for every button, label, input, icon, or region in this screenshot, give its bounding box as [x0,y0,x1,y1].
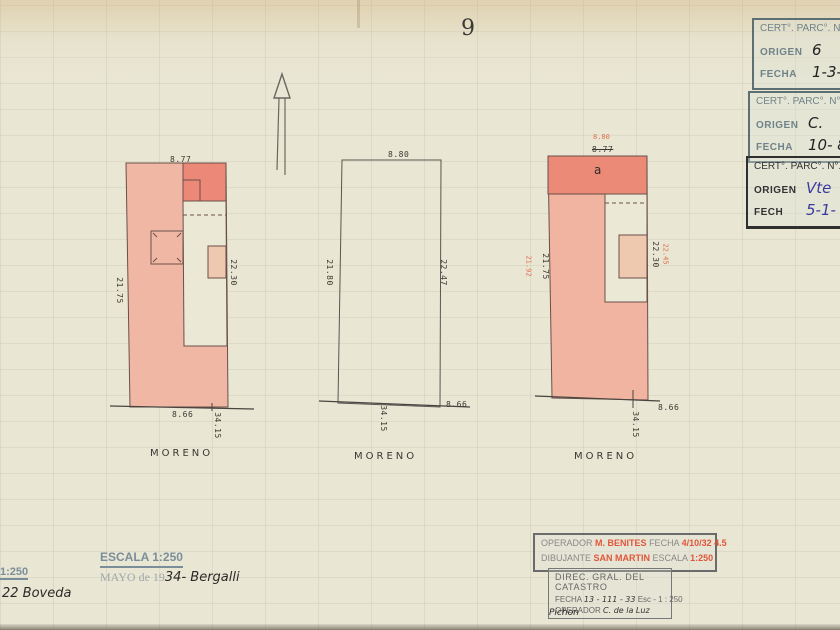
plot-3-bottom-dim: 8.66 [658,403,679,412]
date-hand: 34- Bergalli [165,570,240,585]
operator-stamp: OPERADOR M. BENITES FECHA 4/10/32 4.5 DI… [533,533,717,572]
cert-stamp-2: CERT°. PARC°. N°. ORIGENC. FECHA10- 8 [748,91,840,163]
origen-label: ORIGEN [760,47,804,58]
catastro-operador: C. de la Luz [603,606,650,615]
plot-1-left-dim: 21.75 [115,277,124,304]
dibujante-label: DIBUJANTE [541,553,591,563]
operador-label: OPERADOR [541,538,593,548]
plot-1-offset-dim: 34.15 [213,412,222,439]
fecha-label: FECHA [649,538,679,548]
plot-3-right-dim-red: 22.45 [662,243,670,264]
catastro-fecha: 13 - 111 - 33 [584,595,636,604]
operador-value: M. BENITES [595,538,647,548]
plot-2-top-dim: 8.80 [388,150,409,159]
fecha-value: 5-1- [806,201,836,219]
date-signature: MAYO de 19 34- Bergalli [100,570,240,585]
plot-2-street-label: MORENO [354,451,417,462]
catastro-fecha-label: FECHA [555,595,582,604]
plot-3-area-label: a [594,163,601,177]
plot-2-drawing [315,155,475,415]
paper-fold [357,0,360,28]
fecha-value: 4/10/32 4.5 [682,538,727,548]
page-bottom-edge [0,624,840,630]
plot-3-top-dim: 8.77 [592,145,613,154]
plot-3-left-dim: 21.75 [541,253,550,280]
plot-3-right-dim: 22.30 [651,241,660,268]
origen-value: Vte [806,179,831,197]
date-print: MAYO de 19 [100,570,165,585]
escala-left: 1:250 [0,566,28,580]
cert-stamp-3-title: CERT°. PARC°. N°. [754,161,840,172]
origen-value: C. [808,114,823,132]
plot-1-right-dim: 22.30 [229,259,238,286]
plot-2-right-dim: 22.47 [439,259,448,286]
plot-3-street-label: MORENO [574,451,637,462]
fecha-value: 1-3- [812,63,840,81]
plot-1-street-label: MORENO [150,448,213,459]
cert-stamp-3: CERT°. PARC°. N°. ORIGENVte FECH5-1- [746,156,840,229]
plot-2-bottom-dim: 8.66 [446,400,467,409]
plot-1-top-dim: 8.77 [170,155,191,164]
fecha-label: FECHA [756,142,800,153]
cert-stamp-2-title: CERT°. PARC°. N°. [756,96,840,107]
cert-stamp-1-title: CERT°. PARC°. N°. [760,23,840,34]
origen-label: ORIGEN [756,120,800,131]
signature: Pichon [549,608,579,618]
plot-3-top-dim-red: 8.80 [593,133,610,141]
plot-3-left-dim-red: 21.92 [525,255,533,276]
plot-3-offset-dim: 34.15 [631,411,640,438]
plot-1-bottom-dim: 8.66 [172,410,193,419]
fecha-label: FECH [754,207,798,218]
catastro-escala: Esc - 1 : 250 [638,595,683,604]
plot-3-drawing [530,150,690,410]
cert-stamp-1: CERT°. PARC°. N°. ORIGEN6 FECHA1-3- [752,18,840,90]
boveda-note: 22 Boveda [2,586,71,601]
fecha-label: FECHA [760,69,804,80]
escala-stamp: ESCALA 1:250 [100,550,183,568]
dibujante-value: SAN MARTIN [594,553,651,563]
origen-label: ORIGEN [754,185,798,196]
page-number: 9 [461,16,475,41]
plot-2-left-dim: 21.80 [325,259,334,286]
origen-value: 6 [812,41,822,59]
plot-2-offset-dim: 34.15 [379,405,388,432]
escala-value: 1:250 [690,553,713,563]
catastro-title: DIREC. GRAL. DEL CATASTRO [555,572,665,592]
escala-label: ESCALA [653,553,688,563]
fecha-value: 10- 8 [808,136,840,154]
north-arrow-icon [268,70,298,180]
